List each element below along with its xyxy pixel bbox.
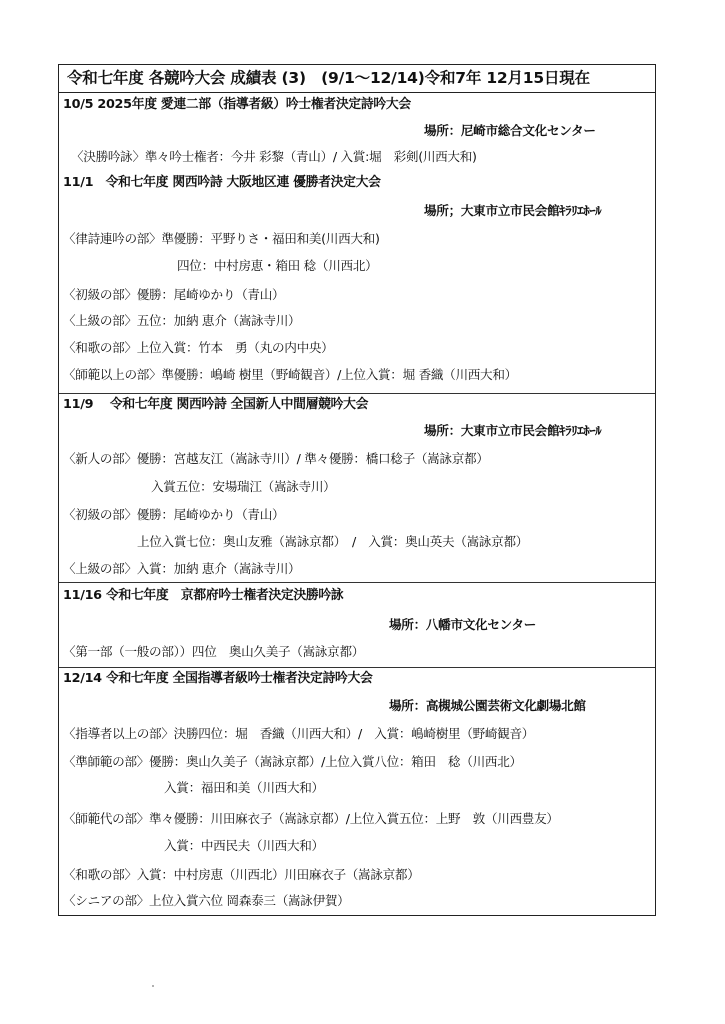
result-line: 〈準師範の部〉優勝：奥山久美子（嵩詠京都）/上位入賞八位：箱田 稔（川西北） xyxy=(63,754,522,770)
result-line: 〈和歌の部〉上位入賞：竹本 勇（丸の内中央） xyxy=(63,340,333,356)
result-line: 四位：中村房恵・箱田 稔（川西北） xyxy=(177,258,377,274)
results-table: 令和七年度 各競吟大会 成績表 (3) (9/1～12/14)令和7年 12月1… xyxy=(58,64,656,916)
result-line: 〈上級の部〉五位：加納 恵介（嵩詠寺川） xyxy=(63,313,300,329)
result-line: 〈第一部（一般の部））四位 奥山久美子（嵩詠京都） xyxy=(63,644,364,660)
event-venue: 場所：高槻城公園芸術文化劇場北館 xyxy=(389,698,586,714)
result-line: 〈師範代の部〉準々優勝：川田麻衣子（嵩詠京都）/上位入賞五位：上野 敦（川西豊友… xyxy=(63,811,559,827)
event-venue: 場所；大東市立市民会館ｷﾗﾘｴﾎｰﾙ xyxy=(424,203,601,219)
event-title: 11/1 令和七年度 関西吟詩 大阪地区連 優勝者決定大会 xyxy=(63,175,381,191)
event-venue: 場所：尼崎市総合文化センター xyxy=(424,123,596,139)
result-line: 入賞：福田和美（川西大和） xyxy=(164,780,324,796)
event-title: 11/16 令和七年度 京都府吟士権者決定決勝吟詠 xyxy=(63,588,343,604)
result-line: 〈初級の部〉優勝：尾崎ゆかり（青山） xyxy=(63,287,284,303)
page-title: 令和七年度 各競吟大会 成績表 (3) (9/1～12/14)令和7年 12月1… xyxy=(59,65,655,93)
result-line: 〈新人の部〉優勝：宮越友江（嵩詠寺川）/ 準々優勝：橋口稔子（嵩詠京都） xyxy=(63,451,489,467)
event-title: 12/14 令和七年度 全国指導者級吟士権者決定詩吟大会 xyxy=(63,671,373,687)
result-line: 〈上級の部〉入賞：加納 恵介（嵩詠寺川） xyxy=(63,561,300,577)
section-divider xyxy=(59,667,655,668)
event-title: 11/9 令和七年度 関西吟詩 全国新人中間層競吟大会 xyxy=(63,397,368,413)
scan-speck xyxy=(152,985,154,987)
result-line: 入賞五位：安場瑞江（嵩詠寺川） xyxy=(151,479,335,495)
event-venue: 場所：八幡市文化センター xyxy=(389,617,536,633)
event-title: 10/5 2025年度 愛連二部（指導者級）吟士権者決定詩吟大会 xyxy=(63,97,411,113)
result-line: 〈決勝吟詠〉準々吟士権者：今井 彩黎（青山）/ 入賞:堀 彩剣(川西大和) xyxy=(71,149,477,165)
result-line: 〈律詩連吟の部〉準優勝：平野りさ・福田和美(川西大和) xyxy=(63,231,380,247)
result-line: 〈指導者以上の部〉決勝四位：堀 香織（川西大和）/ 入賞：嶋崎樹里（野崎観音） xyxy=(63,726,534,742)
result-line: 〈シニアの部〉上位入賞六位 岡森泰三（嵩詠伊賀） xyxy=(63,893,349,909)
section-divider xyxy=(59,582,655,583)
result-line: 〈初級の部〉優勝：尾崎ゆかり（青山） xyxy=(63,507,284,523)
event-venue: 場所：大東市立市民会館ｷﾗﾘｴﾎｰﾙ xyxy=(424,423,601,439)
result-line: 入賞：中西民夫（川西大和） xyxy=(164,838,324,854)
section-divider xyxy=(59,393,655,394)
result-line: 〈師範以上の部〉準優勝：嶋崎 樹里（野崎観音）/上位入賞：堀 香織（川西大和） xyxy=(63,367,517,383)
result-line: 〈和歌の部〉入賞：中村房恵（川西北）川田麻衣子（嵩詠京都） xyxy=(63,867,420,883)
result-line: 上位入賞七位：奥山友雅（嵩詠京都） / 入賞：奥山英夫（嵩詠京都） xyxy=(137,534,528,550)
